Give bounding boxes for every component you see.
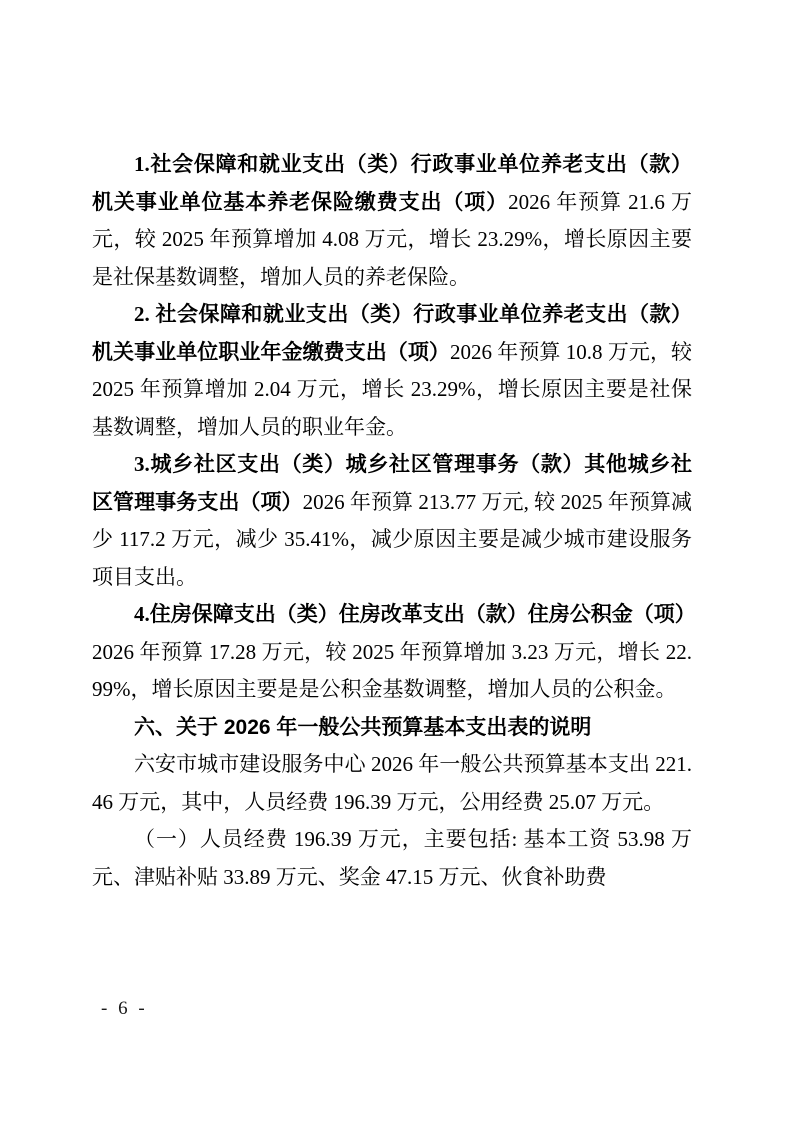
page-number: - 6 -: [101, 998, 148, 1020]
section-heading: 六、关于 2026 年一般公共预算基本支出表的说明: [92, 709, 692, 747]
budget-item-paragraph-2: 2. 社会保障和就业支出（类）行政事业单位养老支出（款）机关事业单位职业年金缴费…: [92, 296, 692, 446]
document-page: 1.社会保障和就业支出（类）行政事业单位养老支出（款）机关事业单位基本养老保险缴…: [0, 0, 793, 1122]
budget-item-paragraph-3: 3.城乡社区支出（类）城乡社区管理事务（款）其他城乡社区管理事务支出（项）202…: [92, 446, 692, 596]
document-content: 1.社会保障和就业支出（类）行政事业单位养老支出（款）机关事业单位基本养老保险缴…: [92, 146, 692, 896]
budget-item-text-4: 2026 年预算 17.28 万元，较 2025 年预算增加 3.23 万元，增…: [92, 640, 692, 702]
body-paragraph-2: （一）人员经费 196.39 万元，主要包括: 基本工资 53.98 万元、津贴…: [92, 821, 692, 896]
budget-item-paragraph-1: 1.社会保障和就业支出（类）行政事业单位养老支出（款）机关事业单位基本养老保险缴…: [92, 146, 692, 296]
budget-item-paragraph-4: 4.住房保障支出（类）住房改革支出（款）住房公积金（项）2026 年预算 17.…: [92, 596, 692, 709]
body-paragraph-1: 六安市城市建设服务中心 2026 年一般公共预算基本支出 221.46 万元，其…: [92, 746, 692, 821]
budget-item-title-4: 4.住房保障支出（类）住房改革支出（款）住房公积金（项）: [134, 602, 696, 626]
